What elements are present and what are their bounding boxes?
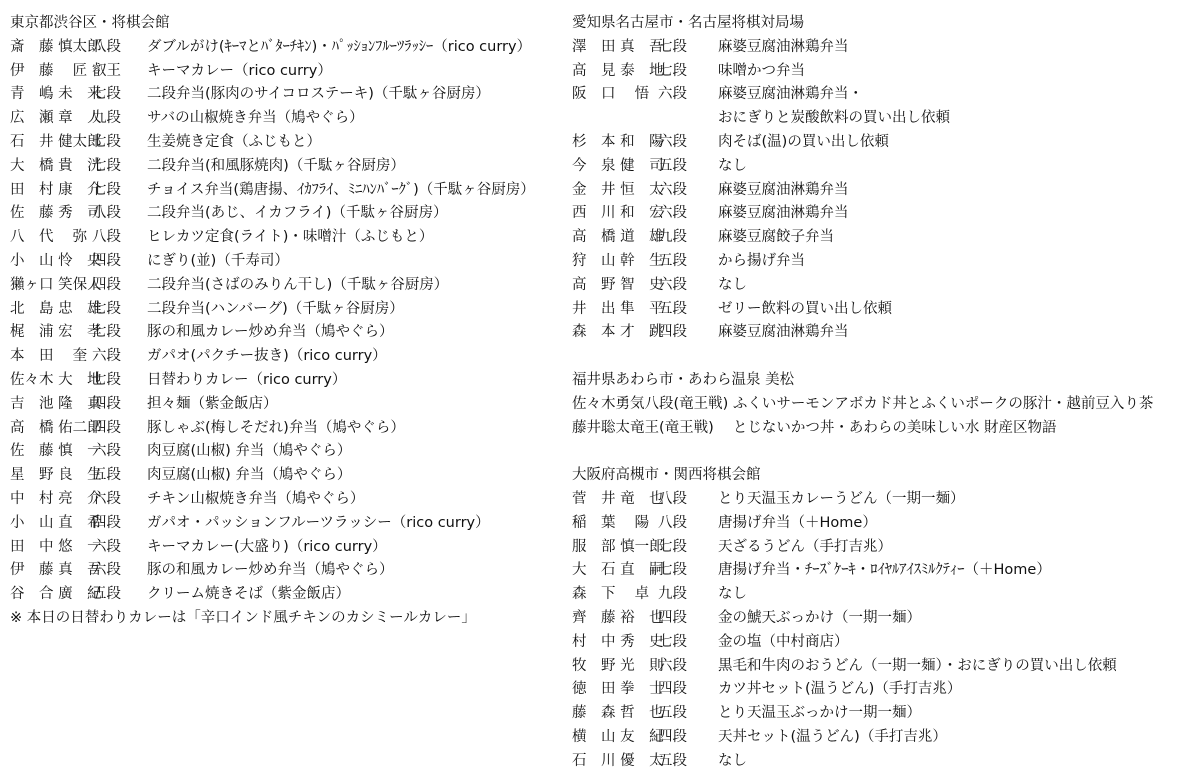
player-rank: 八段: [658, 512, 708, 536]
tokyo-list: 斎 藤 慎太郎八段ダブルがけ(ｷｰﾏとﾊﾞﾀｰﾁｷﾝ)・ﾊﾟｯｼｮﾝﾌﾙｰﾂﾗｯ…: [10, 36, 560, 607]
right-column: 愛知県名古屋市・名古屋将棋対局場 澤 田 真 吾七段麻婆豆腐油淋鶏弁当高 見 泰…: [572, 12, 1197, 774]
player-name: 佐々木 大 地: [10, 369, 90, 393]
lunch-menu: 生姜焼き定食（ふじもと）: [147, 131, 321, 155]
list-item: 高 見 泰 地七段味噌かつ弁当: [572, 60, 1197, 84]
section-title-osaka: 大阪府高槻市・関西将棋会館: [572, 464, 1197, 488]
player-name: 田 村 康 介: [10, 179, 90, 203]
player-rank: 八段: [92, 36, 142, 60]
list-item: 八 代 弥八段ヒレカツ定食(ライト)・味噌汁（ふじもと）: [10, 226, 560, 250]
player-name: 牧 野 光 則: [572, 655, 652, 679]
osaka-list: 菅 井 竜 也八段とり天温玉カレーうどん（一期一麺）稲 葉 陽八段唐揚げ弁当（＋…: [572, 488, 1197, 774]
lunch-menu: チキン山椒焼き弁当（鳩やぐら）: [147, 488, 364, 512]
player-name: 大 橋 貴 洸: [10, 155, 90, 179]
player-name: 大 石 直 嗣: [572, 559, 652, 583]
list-item: 谷 合 廣 紀五段クリーム焼きそば（紫金飯店）: [10, 583, 560, 607]
player-name: 菅 井 竜 也: [572, 488, 652, 512]
player-name: 中 村 亮 介: [10, 488, 90, 512]
lunch-menu: 味噌かつ弁当: [718, 60, 805, 84]
player-rank: 四段: [92, 250, 142, 274]
list-item: 高 橋 道 雄九段麻婆豆腐餃子弁当: [572, 226, 1197, 250]
list-item: 小 山 怜 央四段にぎり(並)（千寿司）: [10, 250, 560, 274]
player-name: 田 中 悠 一: [10, 536, 90, 560]
list-item-continuation: おにぎりと炭酸飲料の買い出し依頼: [572, 107, 1197, 131]
list-item: 横 山 友 紀四段天丼セット(温うどん)（手打吉兆）: [572, 726, 1197, 750]
lunch-menu: とり天温玉カレーうどん（一期一麺）: [718, 488, 965, 512]
player-name: 澤 田 真 吾: [572, 36, 652, 60]
player-rank: 六段: [92, 559, 142, 583]
player-rank: 七段: [92, 83, 142, 107]
player-name: 吉 池 隆 真: [10, 393, 90, 417]
lunch-menu: ヒレカツ定食(ライト)・味噌汁（ふじもと）: [147, 226, 433, 250]
player-name: 金 井 恒 太: [572, 179, 652, 203]
player-rank: 五段: [92, 583, 142, 607]
player-name: 齊 藤 裕 也: [572, 607, 652, 631]
player-name: 広 瀬 章 人: [10, 107, 90, 131]
list-item: 獺ヶ口 笑保人四段二段弁当(さばのみりん干し)（千駄ヶ谷厨房）: [10, 274, 560, 298]
player-name: 本 田 奎: [10, 345, 90, 369]
player-name: 阪 口 悟: [572, 83, 652, 107]
list-item: 森 下 卓九段なし: [572, 583, 1197, 607]
player-name: 今 泉 健 司: [572, 155, 652, 179]
entry-text: 佐々木勇気八段(竜王戦) ふくいサーモンアボカド丼とふくいポークの豚汁・越前豆入…: [572, 393, 1153, 417]
player-name: 獺ヶ口 笑保人: [10, 274, 90, 298]
player-rank: 六段: [92, 440, 142, 464]
player-name: 石 川 優 太: [572, 750, 652, 774]
player-name: 井 出 隼 平: [572, 298, 652, 322]
lunch-menu: カツ丼セット(温うどん)（手打吉兆）: [718, 678, 961, 702]
list-item: 中 村 亮 介六段チキン山椒焼き弁当（鳩やぐら）: [10, 488, 560, 512]
list-item: 佐々木勇気八段(竜王戦) ふくいサーモンアボカド丼とふくいポークの豚汁・越前豆入…: [572, 393, 1197, 417]
list-item: 佐 藤 慎 一六段肉豆腐(山椒) 弁当（鳩やぐら）: [10, 440, 560, 464]
player-rank: 五段: [658, 298, 708, 322]
list-item: 井 出 隼 平五段ゼリー飲料の買い出し依頼: [572, 298, 1197, 322]
lunch-menu: 豚の和風カレー炒め弁当（鳩やぐら）: [147, 321, 394, 345]
player-name: 高 橋 佑二郎: [10, 417, 90, 441]
list-item: 石 井 健太郎七段生姜焼き定食（ふじもと）: [10, 131, 560, 155]
player-rank: 四段: [658, 607, 708, 631]
list-item: 田 村 康 介七段チョイス弁当(鶏唐揚、ｲｶﾌﾗｲ、ﾐﾆﾊﾝﾊﾞｰｸﾞ)（千駄ヶ…: [10, 179, 560, 203]
lunch-menu-continued: おにぎりと炭酸飲料の買い出し依頼: [718, 107, 950, 131]
player-rank: 叡王: [92, 60, 142, 84]
player-name: 伊 藤 真 吾: [10, 559, 90, 583]
player-rank: 六段: [658, 179, 708, 203]
player-rank: 六段: [658, 83, 708, 107]
list-item: 村 中 秀 史七段金の塩（中村商店）: [572, 631, 1197, 655]
list-item: 高 野 智 史六段なし: [572, 274, 1197, 298]
player-rank: 六段: [92, 345, 142, 369]
lunch-menu: とり天温玉ぶっかけ一期一麺）: [718, 702, 921, 726]
player-name: 狩 山 幹 生: [572, 250, 652, 274]
list-item: 菅 井 竜 也八段とり天温玉カレーうどん（一期一麺）: [572, 488, 1197, 512]
player-rank: 五段: [658, 702, 708, 726]
list-item: 藤 森 哲 也五段とり天温玉ぶっかけ一期一麺）: [572, 702, 1197, 726]
player-name: 石 井 健太郎: [10, 131, 90, 155]
lunch-menu: 唐揚げ弁当（＋Home）: [718, 512, 877, 536]
lunch-menu: 二段弁当(あじ、イカフライ)（千駄ヶ谷厨房）: [147, 202, 447, 226]
player-name: 小 山 直 希: [10, 512, 90, 536]
player-rank: 六段: [658, 274, 708, 298]
lunch-menu: 二段弁当(豚肉のサイコロステーキ)（千駄ヶ谷厨房）: [147, 83, 490, 107]
player-rank: 八段: [92, 226, 142, 250]
lunch-menu: 肉豆腐(山椒) 弁当（鳩やぐら）: [147, 464, 351, 488]
player-rank: 四段: [92, 417, 142, 441]
lunch-menu: 金の鯱天ぶっかけ（一期一麺）: [718, 607, 921, 631]
player-rank: 七段: [92, 321, 142, 345]
list-item: 北 島 忠 雄七段二段弁当(ハンバーグ)（千駄ヶ谷厨房）: [10, 298, 560, 322]
left-column: 東京都渋谷区・将棋会館 斎 藤 慎太郎八段ダブルがけ(ｷｰﾏとﾊﾞﾀｰﾁｷﾝ)・…: [10, 12, 560, 631]
entry-text: 藤井聡太竜王(竜王戦) とじないかつ丼・あわらの美味しい水 財産区物語: [572, 417, 1057, 441]
player-name: 高 橋 道 雄: [572, 226, 652, 250]
list-item: 広 瀬 章 人九段サバの山椒焼き弁当（鳩やぐら）: [10, 107, 560, 131]
player-name: 服 部 慎一郎: [572, 536, 652, 560]
lunch-menu: 日替わりカレー（rico curry）: [147, 369, 346, 393]
player-name: 西 川 和 宏: [572, 202, 652, 226]
player-name: 谷 合 廣 紀: [10, 583, 90, 607]
player-rank: 九段: [92, 107, 142, 131]
player-name: 青 嶋 未 来: [10, 83, 90, 107]
list-item: 澤 田 真 吾七段麻婆豆腐油淋鶏弁当: [572, 36, 1197, 60]
player-rank: 七段: [92, 179, 142, 203]
player-rank: 五段: [658, 155, 708, 179]
lunch-menu: なし: [718, 750, 747, 774]
list-item: 今 泉 健 司五段なし: [572, 155, 1197, 179]
player-rank: 四段: [92, 274, 142, 298]
player-name: 森 本 才 跳: [572, 321, 652, 345]
lunch-menu: キーマカレー(大盛り)（rico curry）: [147, 536, 387, 560]
player-name: 森 下 卓: [572, 583, 652, 607]
list-item: 石 川 優 太五段なし: [572, 750, 1197, 774]
lunch-menu: 金の塩（中村商店）: [718, 631, 849, 655]
lunch-menu: 担々麺（紫金飯店）: [147, 393, 278, 417]
list-item: 高 橋 佑二郎四段豚しゃぶ(梅しそだれ)弁当（鳩やぐら）: [10, 417, 560, 441]
lunch-menu: 二段弁当(和風豚焼肉)（千駄ヶ谷厨房）: [147, 155, 405, 179]
list-item: 本 田 奎六段ガパオ(パクチー抜き)（rico curry）: [10, 345, 560, 369]
lunch-menu: から揚げ弁当: [718, 250, 805, 274]
player-name: 徳 田 拳 士: [572, 678, 652, 702]
player-name: 小 山 怜 央: [10, 250, 90, 274]
lunch-menu: チョイス弁当(鶏唐揚、ｲｶﾌﾗｲ、ﾐﾆﾊﾝﾊﾞｰｸﾞ)（千駄ヶ谷厨房）: [147, 179, 535, 203]
player-rank: 七段: [658, 36, 708, 60]
player-rank: 七段: [92, 155, 142, 179]
lunch-menu: 肉そば(温)の買い出し依頼: [718, 131, 889, 155]
player-rank: 七段: [658, 559, 708, 583]
lunch-menu: ダブルがけ(ｷｰﾏとﾊﾞﾀｰﾁｷﾝ)・ﾊﾟｯｼｮﾝﾌﾙｰﾂﾗｯｼｰ（rico c…: [147, 36, 531, 60]
player-name: 藤 森 哲 也: [572, 702, 652, 726]
player-name: 佐 藤 秀 司: [10, 202, 90, 226]
list-item: 青 嶋 未 来七段二段弁当(豚肉のサイコロステーキ)（千駄ヶ谷厨房）: [10, 83, 560, 107]
lunch-menu: ゼリー飲料の買い出し依頼: [718, 298, 892, 322]
player-rank: 六段: [92, 536, 142, 560]
lunch-menu: 豚しゃぶ(梅しそだれ)弁当（鳩やぐら）: [147, 417, 405, 441]
lunch-menu: ガパオ・パッションフルーツラッシー（rico curry）: [147, 512, 490, 536]
lunch-menu: 麻婆豆腐油淋鶏弁当・: [718, 83, 863, 107]
list-item: 大 橋 貴 洸七段二段弁当(和風豚焼肉)（千駄ヶ谷厨房）: [10, 155, 560, 179]
player-name: 斎 藤 慎太郎: [10, 36, 90, 60]
list-item: 杉 本 和 陽六段肉そば(温)の買い出し依頼: [572, 131, 1197, 155]
list-item: 星 野 良 生五段肉豆腐(山椒) 弁当（鳩やぐら）: [10, 464, 560, 488]
player-name: 稲 葉 陽: [572, 512, 652, 536]
player-rank: 六段: [658, 131, 708, 155]
player-name: 佐 藤 慎 一: [10, 440, 90, 464]
player-name: 村 中 秀 史: [572, 631, 652, 655]
lunch-menu: 二段弁当(ハンバーグ)（千駄ヶ谷厨房）: [147, 298, 404, 322]
list-item: 佐々木 大 地七段日替わりカレー（rico curry）: [10, 369, 560, 393]
list-item: 吉 池 隆 真四段担々麺（紫金飯店）: [10, 393, 560, 417]
player-rank: 七段: [92, 369, 142, 393]
list-item: 齊 藤 裕 也四段金の鯱天ぶっかけ（一期一麺）: [572, 607, 1197, 631]
lunch-menu: 麻婆豆腐餃子弁当: [718, 226, 834, 250]
list-item: 梶 浦 宏 孝七段豚の和風カレー炒め弁当（鳩やぐら）: [10, 321, 560, 345]
list-item: 牧 野 光 則六段黒毛和牛肉のおうどん（一期一麺）・おにぎりの買い出し依頼: [572, 655, 1197, 679]
lunch-menu: 天丼セット(温うどん)（手打吉兆）: [718, 726, 947, 750]
player-rank: 五段: [658, 750, 708, 774]
player-name: 杉 本 和 陽: [572, 131, 652, 155]
list-item: 徳 田 拳 士四段カツ丼セット(温うどん)（手打吉兆）: [572, 678, 1197, 702]
player-rank: 四段: [658, 678, 708, 702]
player-rank: 七段: [92, 298, 142, 322]
lunch-menu: 唐揚げ弁当・ﾁｰｽﾞｹｰｷ・ﾛｲﾔﾙｱｲｽﾐﾙｸﾃｨｰ（＋Home）: [718, 559, 1051, 583]
list-item: 服 部 慎一郎七段天ざるうどん（手打吉兆）: [572, 536, 1197, 560]
list-item: 伊 藤 匠叡王キーマカレー（rico curry）: [10, 60, 560, 84]
player-rank: 六段: [92, 488, 142, 512]
player-rank: 七段: [658, 631, 708, 655]
lunch-menu: 二段弁当(さばのみりん干し)（千駄ヶ谷厨房）: [147, 274, 448, 298]
player-rank: 七段: [658, 60, 708, 84]
player-name: 北 島 忠 雄: [10, 298, 90, 322]
player-rank: 九段: [658, 583, 708, 607]
list-item: 金 井 恒 太六段麻婆豆腐油淋鶏弁当: [572, 179, 1197, 203]
lunch-menu: クリーム焼きそば（紫金飯店）: [147, 583, 350, 607]
player-rank: 八段: [92, 202, 142, 226]
player-rank: 六段: [658, 202, 708, 226]
lunch-menu: 麻婆豆腐油淋鶏弁当: [718, 179, 849, 203]
lunch-menu: なし: [718, 155, 747, 179]
lunch-menu: 豚の和風カレー炒め弁当（鳩やぐら）: [147, 559, 394, 583]
player-name: 八 代 弥: [10, 226, 90, 250]
section-title-nagoya: 愛知県名古屋市・名古屋将棋対局場: [572, 12, 1197, 36]
player-name: 横 山 友 紀: [572, 726, 652, 750]
nagoya-list: 澤 田 真 吾七段麻婆豆腐油淋鶏弁当高 見 泰 地七段味噌かつ弁当阪 口 悟六段…: [572, 36, 1197, 345]
player-rank: 四段: [658, 321, 708, 345]
lunch-menu: 肉豆腐(山椒) 弁当（鳩やぐら）: [147, 440, 351, 464]
player-name: 梶 浦 宏 孝: [10, 321, 90, 345]
player-rank: 四段: [92, 512, 142, 536]
lunch-menu: キーマカレー（rico curry）: [147, 60, 332, 84]
lunch-menu: 天ざるうどん（手打吉兆）: [718, 536, 892, 560]
list-item: 森 本 才 跳四段麻婆豆腐油淋鶏弁当: [572, 321, 1197, 345]
lunch-menu: 麻婆豆腐油淋鶏弁当: [718, 202, 849, 226]
list-item: 佐 藤 秀 司八段二段弁当(あじ、イカフライ)（千駄ヶ谷厨房）: [10, 202, 560, 226]
lunch-menu: 麻婆豆腐油淋鶏弁当: [718, 36, 849, 60]
spacer: [572, 440, 1197, 464]
lunch-menu: ガパオ(パクチー抜き)（rico curry）: [147, 345, 387, 369]
lunch-menu: にぎり(並)（千寿司）: [147, 250, 289, 274]
section-title-awara: 福井県あわら市・あわら温泉 美松: [572, 369, 1197, 393]
player-rank: 六段: [658, 655, 708, 679]
lunch-menu: なし: [718, 583, 747, 607]
player-rank: 四段: [658, 726, 708, 750]
list-item: 伊 藤 真 吾六段豚の和風カレー炒め弁当（鳩やぐら）: [10, 559, 560, 583]
list-item: 大 石 直 嗣七段唐揚げ弁当・ﾁｰｽﾞｹｰｷ・ﾛｲﾔﾙｱｲｽﾐﾙｸﾃｨｰ（＋Ho…: [572, 559, 1197, 583]
lunch-menu: 黒毛和牛肉のおうどん（一期一麺）・おにぎりの買い出し依頼: [718, 655, 1117, 679]
player-rank: 五段: [92, 464, 142, 488]
player-name: 星 野 良 生: [10, 464, 90, 488]
player-name: 伊 藤 匠: [10, 60, 90, 84]
list-item: 藤井聡太竜王(竜王戦) とじないかつ丼・あわらの美味しい水 財産区物語: [572, 417, 1197, 441]
lunch-menu: 麻婆豆腐油淋鶏弁当: [718, 321, 849, 345]
player-rank: 七段: [658, 536, 708, 560]
lunch-menu: サバの山椒焼き弁当（鳩やぐら）: [147, 107, 364, 131]
player-name: 高 見 泰 地: [572, 60, 652, 84]
daily-curry-note: ※ 本日の日替わりカレーは「辛口インド風チキンのカシミールカレー」: [10, 607, 560, 631]
player-rank: 七段: [92, 131, 142, 155]
player-rank: 八段: [658, 488, 708, 512]
list-item: 阪 口 悟六段麻婆豆腐油淋鶏弁当・: [572, 83, 1197, 107]
list-item: 斎 藤 慎太郎八段ダブルがけ(ｷｰﾏとﾊﾞﾀｰﾁｷﾝ)・ﾊﾟｯｼｮﾝﾌﾙｰﾂﾗｯ…: [10, 36, 560, 60]
section-title-tokyo: 東京都渋谷区・将棋会館: [10, 12, 560, 36]
list-item: 小 山 直 希四段ガパオ・パッションフルーツラッシー（rico curry）: [10, 512, 560, 536]
player-rank: 四段: [92, 393, 142, 417]
list-item: 西 川 和 宏六段麻婆豆腐油淋鶏弁当: [572, 202, 1197, 226]
player-rank: 九段: [658, 226, 708, 250]
player-rank: 五段: [658, 250, 708, 274]
lunch-menu: なし: [718, 274, 747, 298]
list-item: 狩 山 幹 生五段から揚げ弁当: [572, 250, 1197, 274]
spacer: [572, 345, 1197, 369]
list-item: 稲 葉 陽八段唐揚げ弁当（＋Home）: [572, 512, 1197, 536]
player-name: 高 野 智 史: [572, 274, 652, 298]
list-item: 田 中 悠 一六段キーマカレー(大盛り)（rico curry）: [10, 536, 560, 560]
